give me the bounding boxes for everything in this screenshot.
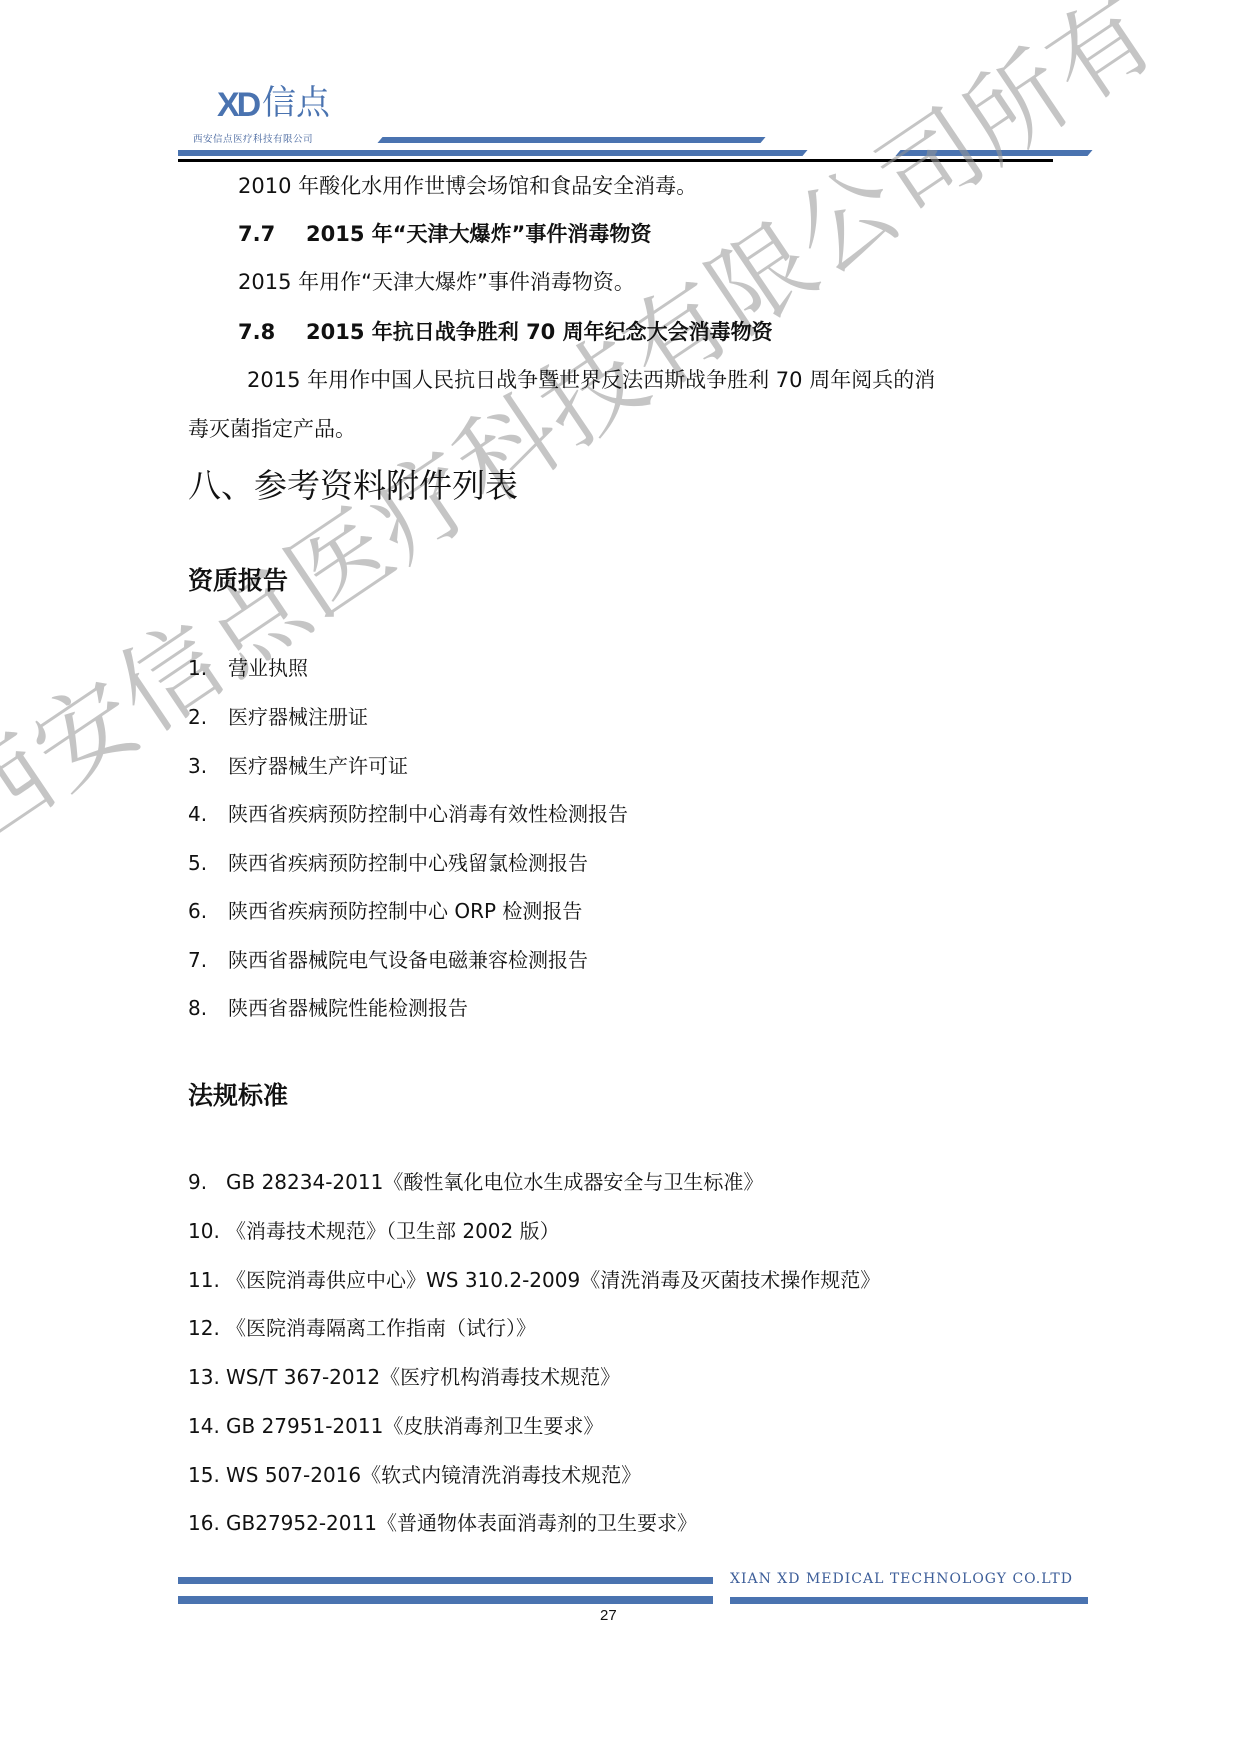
section-title: 2015 年抗日战争胜利 70 周年纪念大会消毒物资	[306, 320, 773, 344]
section-7-7-body: 2015 年用作“天津大爆炸”事件消毒物资。	[238, 268, 635, 296]
list-item: 11.《医院消毒供应中心》WS 310.2-2009《清洗消毒及灭菌技术操作规范…	[188, 1266, 880, 1294]
section-number: 7.7	[238, 220, 306, 248]
footer-stripe-bottom-left	[178, 1596, 713, 1604]
footer-stripe-bottom-right	[730, 1597, 1088, 1604]
list-item: 9.GB 28234-2011《酸性氧化电位水生成器安全与卫生标准》	[188, 1168, 763, 1196]
logo-mark: XD	[217, 88, 258, 122]
regulations-heading: 法规标准	[188, 1080, 288, 1112]
list-item: 14.GB 27951-2011《皮肤消毒剂卫生要求》	[188, 1412, 603, 1440]
list-item: 13.WS/T 367-2012《医疗机构消毒技术规范》	[188, 1363, 620, 1391]
header-stripe-upper	[377, 137, 765, 143]
watermark: 西安信点医疗科技有限公司所有	[0, 0, 1172, 861]
list-item: 1.营业执照	[188, 654, 308, 682]
intro-paragraph: 2010 年酸化水用作世博会场馆和食品安全消毒。	[238, 172, 697, 200]
section-title: 2015 年“天津大爆炸”事件消毒物资	[306, 222, 651, 246]
footer-stripe-top-left	[178, 1577, 713, 1584]
company-name-en: XIAN XD MEDICAL TECHNOLOGY CO.LTD	[730, 1571, 1073, 1587]
section-7-8-body-line1: 2015 年用作中国人民抗日战争暨世界反法西斯战争胜利 70 周年阅兵的消	[247, 366, 935, 394]
list-item: 5.陕西省疾病预防控制中心残留氯检测报告	[188, 849, 588, 877]
qualification-heading: 资质报告	[188, 565, 288, 597]
chapter-8-title: 八、参考资料附件列表	[188, 466, 518, 506]
company-name-cn: 西安信点医疗科技有限公司	[193, 131, 313, 145]
section-7-8-body-line2: 毒灭菌指定产品。	[188, 415, 356, 443]
list-item: 2.医疗器械注册证	[188, 703, 368, 731]
list-item: 7.陕西省器械院电气设备电磁兼容检测报告	[188, 946, 588, 974]
list-item: 10.《消毒技术规范》（卫生部 2002 版）	[188, 1217, 560, 1245]
list-item: 12.《医院消毒隔离工作指南（试行）》	[188, 1314, 536, 1342]
section-heading-7-7: 7.72015 年“天津大爆炸”事件消毒物资	[238, 220, 651, 248]
header-stripe-middle	[317, 150, 807, 156]
section-heading-7-8: 7.82015 年抗日战争胜利 70 周年纪念大会消毒物资	[238, 318, 773, 346]
section-number: 7.8	[238, 318, 306, 346]
page-number: 27	[600, 1607, 617, 1624]
logo-name: 信点	[262, 84, 330, 122]
list-item: 3.医疗器械生产许可证	[188, 752, 408, 780]
list-item: 15.WS 507-2016《软式内镜清洗消毒技术规范》	[188, 1461, 641, 1489]
list-item: 16.GB27952-2011《普通物体表面消毒剂的卫生要求》	[188, 1509, 697, 1537]
list-item: 4.陕西省疾病预防控制中心消毒有效性检测报告	[188, 800, 628, 828]
list-item: 8.陕西省器械院性能检测报告	[188, 994, 468, 1022]
list-item: 6.陕西省疾病预防控制中心 ORP 检测报告	[188, 897, 582, 925]
